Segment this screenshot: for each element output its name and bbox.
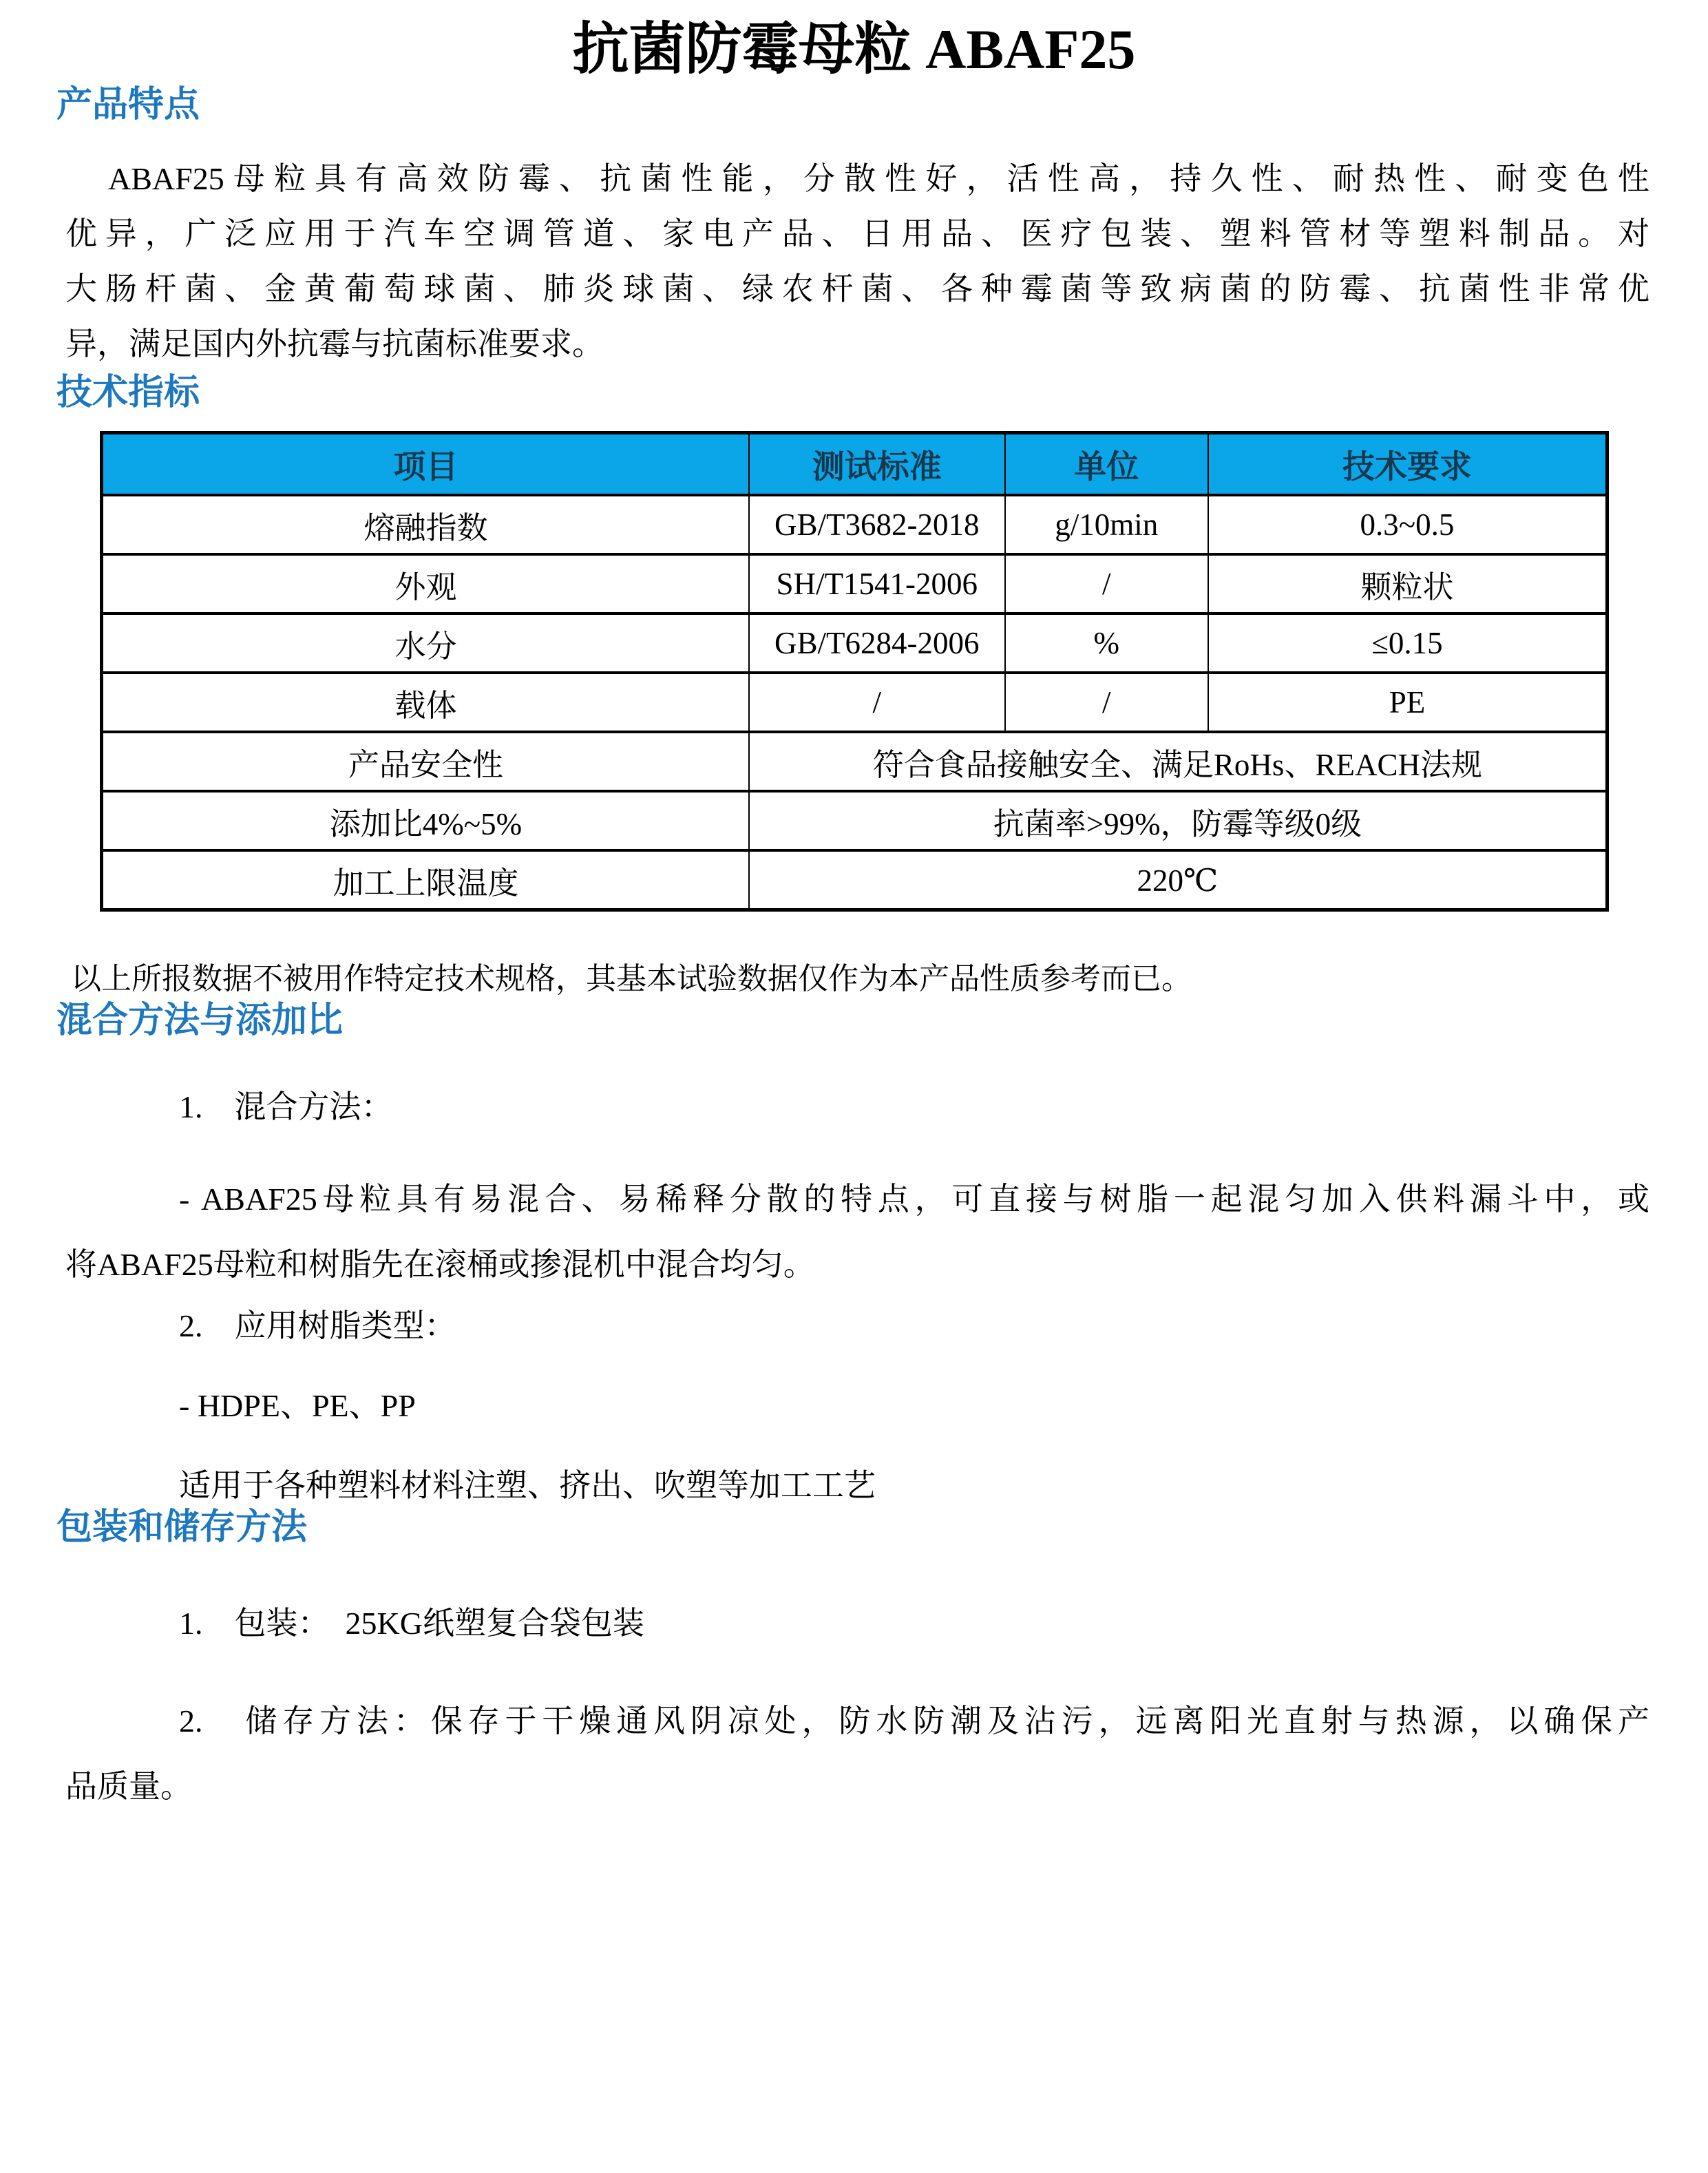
specs-table-body: 熔融指数GB/T3682-2018g/10min0.3~0.5外观SH/T154… xyxy=(102,495,1607,910)
mixing-item-2: 2. 应用树脂类型： xyxy=(65,1305,1649,1347)
table-cell: 外观 xyxy=(102,554,749,613)
table-cell: 抗菌率>99%，防霉等级0级 xyxy=(749,791,1607,850)
table-row: 熔融指数GB/T3682-2018g/10min0.3~0.5 xyxy=(102,495,1607,554)
mixing-item-3: - HDPE、PE、PP xyxy=(65,1385,1649,1427)
table-cell: PE xyxy=(1208,673,1607,732)
mixing-paragraph: - ABAF25母粒具有易混合、易稀释分散的特点，可直接与树脂一起混匀加入供料漏… xyxy=(65,1166,1649,1297)
features-line: 优异，广泛应用于汽车空调管道、家电产品、日用品、医疗包装、塑料管材等塑料制品。对 xyxy=(65,207,1649,262)
table-cell: 水分 xyxy=(102,613,749,673)
table-cell: 熔融指数 xyxy=(102,495,749,554)
table-cell: 加工上限温度 xyxy=(102,850,749,910)
table-cell: SH/T1541-2006 xyxy=(749,554,1005,613)
table-cell: GB/T3682-2018 xyxy=(749,495,1005,554)
features-line: 大肠杆菌、金黄葡萄球菌、肺炎球菌、绿农杆菌、各种霉菌等致病菌的防霉、抗菌性非常优 xyxy=(65,262,1649,317)
features-line: 异，满足国内外抗霉与抗菌标准要求。 xyxy=(65,317,1649,372)
table-header-item: 项目 xyxy=(102,433,749,496)
table-cell: ≤0.15 xyxy=(1208,613,1607,673)
table-row: 加工上限温度220℃ xyxy=(102,850,1607,910)
section-heading-mixing: 混合方法与添加比 xyxy=(56,1000,1708,1041)
table-cell: / xyxy=(1005,673,1208,732)
table-row: 水分GB/T6284-2006%≤0.15 xyxy=(102,613,1607,673)
table-row: 载体//PE xyxy=(102,673,1607,732)
section-heading-packaging: 包装和储存方法 xyxy=(56,1507,1708,1548)
table-cell: GB/T6284-2006 xyxy=(749,613,1005,673)
table-header-requirement: 技术要求 xyxy=(1208,433,1607,496)
table-cell: g/10min xyxy=(1005,495,1208,554)
packaging-item-1: 1. 包装： 25KG纸塑复合袋包装 xyxy=(65,1603,1649,1644)
table-header-unit: 单位 xyxy=(1005,433,1208,496)
specs-table: 项目 测试标准 单位 技术要求 熔融指数GB/T3682-2018g/10min… xyxy=(100,431,1609,912)
table-cell: 载体 xyxy=(102,673,749,732)
table-header-row: 项目 测试标准 单位 技术要求 xyxy=(102,433,1607,496)
table-cell: 添加比4%~5% xyxy=(102,791,749,850)
section-heading-features: 产品特点 xyxy=(56,84,1708,125)
table-row: 产品安全性符合食品接触安全、满足RoHs、REACH法规 xyxy=(102,732,1607,791)
table-cell: / xyxy=(749,673,1005,732)
storage-para-line: 2. 储存方法：保存于干燥通风阴凉处，防水防潮及沾污，远离阳光直射与热源，以确保… xyxy=(65,1688,1649,1754)
mixing-para-line: - ABAF25母粒具有易混合、易稀释分散的特点，可直接与树脂一起混匀加入供料漏… xyxy=(65,1166,1649,1232)
document-page: 抗菌防霉母粒 ABAF25 产品特点 ABAF25母粒具有高效防霉、抗菌性能，分… xyxy=(0,0,1708,2173)
table-cell: % xyxy=(1005,613,1208,673)
table-cell: 产品安全性 xyxy=(102,732,749,791)
table-cell: 220℃ xyxy=(749,850,1607,910)
features-paragraph: ABAF25母粒具有高效防霉、抗菌性能，分散性好，活性高，持久性、耐热性、耐变色… xyxy=(65,151,1649,372)
storage-para-line: 品质量。 xyxy=(65,1754,1649,1819)
table-row: 外观SH/T1541-2006/颗粒状 xyxy=(102,554,1607,613)
storage-paragraph: 2. 储存方法：保存于干燥通风阴凉处，防水防潮及沾污，远离阳光直射与热源，以确保… xyxy=(65,1688,1649,1819)
mixing-para-line: 将ABAF25母粒和树脂先在滚桶或掺混机中混合均匀。 xyxy=(65,1232,1649,1297)
table-note: 以上所报数据不被用作特定技术规格，其基本试验数据仅作为本产品性质参考而已。 xyxy=(71,958,1649,1000)
table-cell: 颗粒状 xyxy=(1208,554,1607,613)
mixing-item-1: 1. 混合方法： xyxy=(65,1086,1649,1128)
table-cell: 符合食品接触安全、满足RoHs、REACH法规 xyxy=(749,732,1607,791)
table-cell: / xyxy=(1005,554,1208,613)
table-cell: 0.3~0.5 xyxy=(1208,495,1607,554)
table-header-standard: 测试标准 xyxy=(749,433,1005,496)
mixing-item-4: 适用于各种塑料材料注塑、挤出、吹塑等加工工艺 xyxy=(65,1465,1649,1507)
features-line: ABAF25母粒具有高效防霉、抗菌性能，分散性好，活性高，持久性、耐热性、耐变色… xyxy=(65,151,1649,207)
table-row: 添加比4%~5%抗菌率>99%，防霉等级0级 xyxy=(102,791,1607,850)
document-title: 抗菌防霉母粒 ABAF25 xyxy=(0,15,1708,84)
section-heading-specs: 技术指标 xyxy=(56,372,1708,413)
